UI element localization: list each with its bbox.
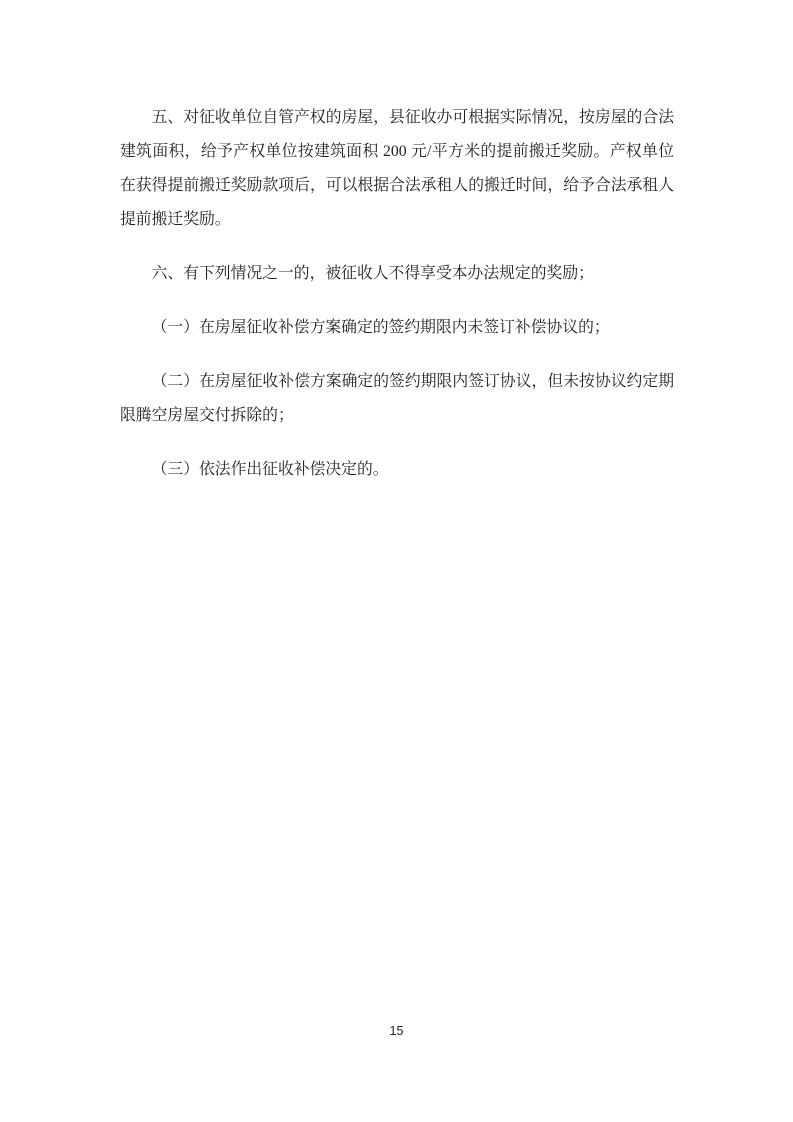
document-body: 五、对征收单位自管产权的房屋，县征收办可根据实际情况，按房屋的合法建筑面积，给予… [120, 101, 674, 507]
list-item-2: （二）在房屋征收补偿方案确定的签约期限内签订协议，但未按协议约定期限腾空房屋交付… [120, 365, 674, 433]
paragraph-item-6: 六、有下列情况之一的，被征收人不得享受本办法规定的奖励； [120, 257, 674, 291]
page-footer: 15 [0, 1022, 793, 1040]
list-item-1: （一）在房屋征收补偿方案确定的签约期限内未签订补偿协议的； [120, 311, 674, 345]
document-page: 五、对征收单位自管产权的房屋，县征收办可根据实际情况，按房屋的合法建筑面积，给予… [0, 0, 793, 1122]
page-number: 15 [390, 1024, 404, 1038]
paragraph-item-5: 五、对征收单位自管产权的房屋，县征收办可根据实际情况，按房屋的合法建筑面积，给予… [120, 101, 674, 237]
list-item-3: （三）依法作出征收补偿决定的。 [120, 453, 674, 487]
